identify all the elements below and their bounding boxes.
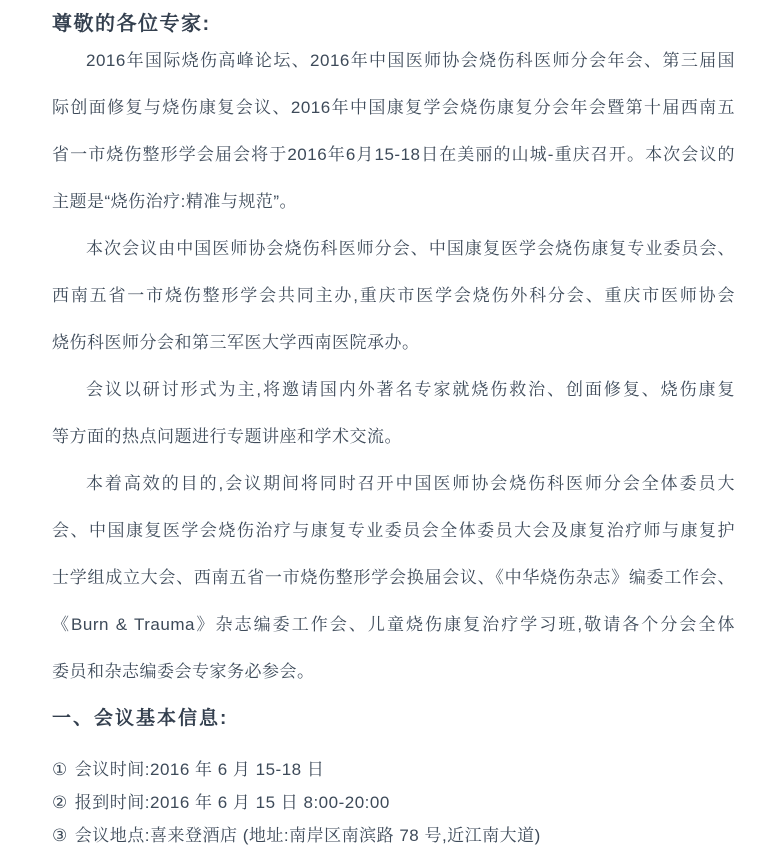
info-label: 会议地点: bbox=[75, 826, 150, 845]
paragraph-line: 2016年国际烧伤高峰论坛、2016年中国医师协会烧伤科医师分会年会、第三届国 bbox=[52, 37, 735, 84]
circled-number-marker: ② bbox=[52, 793, 68, 812]
info-label: 报到时间: bbox=[75, 793, 150, 812]
paragraph-line: 士学组成立大会、西南五省一市烧伤整形学会换届会议、《中华烧伤杂志》编委工作会、 bbox=[52, 554, 735, 601]
info-item: ③会议地点:喜来登酒店 (地址:南岸区南滨路 78 号,近江南大道) bbox=[52, 819, 735, 852]
paragraph: 2016年国际烧伤高峰论坛、2016年中国医师协会烧伤科医师分会年会、第三届国际… bbox=[52, 37, 735, 225]
document-page: 尊敬的各位专家: 2016年国际烧伤高峰论坛、2016年中国医师协会烧伤科医师分… bbox=[0, 0, 783, 864]
paragraph-line: 《Burn & Trauma》杂志编委工作会、儿童烧伤康复治疗学习班,敬请各个分… bbox=[52, 601, 735, 648]
paragraph-line: 际创面修复与烧伤康复会议、2016年中国康复学会烧伤康复分会年会暨第十届西南五 bbox=[52, 84, 735, 131]
paragraph-line: 主题是“烧伤治疗:精准与规范”。 bbox=[52, 178, 735, 225]
info-label: 会议时间: bbox=[75, 760, 150, 779]
paragraph-line: 委员和杂志编委会专家务必参会。 bbox=[52, 648, 735, 695]
paragraph-line: 省一市烧伤整形学会届会将于2016年6月15-18日在美丽的山城-重庆召开。本次… bbox=[52, 131, 735, 178]
info-item: ②报到时间:2016 年 6 月 15 日 8:00-20:00 bbox=[52, 786, 735, 819]
info-value: 2016 年 6 月 15 日 8:00-20:00 bbox=[150, 793, 390, 812]
paragraph-line: 会议以研讨形式为主,将邀请国内外著名专家就烧伤救治、创面修复、烧伤康复 bbox=[52, 366, 735, 413]
paragraph-line: 本着高效的目的,会议期间将同时召开中国医师协会烧伤科医师分会全体委员大 bbox=[52, 460, 735, 507]
paragraph-line: 本次会议由中国医师协会烧伤科医师分会、中国康复医学会烧伤康复专业委员会、 bbox=[52, 225, 735, 272]
circled-number-marker: ③ bbox=[52, 826, 68, 845]
circled-number-marker: ① bbox=[52, 760, 68, 779]
paragraph: 本次会议由中国医师协会烧伤科医师分会、中国康复医学会烧伤康复专业委员会、西南五省… bbox=[52, 225, 735, 366]
paragraph: 会议以研讨形式为主,将邀请国内外著名专家就烧伤救治、创面修复、烧伤康复等方面的热… bbox=[52, 366, 735, 460]
paragraph-line: 会、中国康复医学会烧伤治疗与康复专业委员会全体委员大会及康复治疗师与康复护 bbox=[52, 507, 735, 554]
info-list: ①会议时间:2016 年 6 月 15-18 日②报到时间:2016 年 6 月… bbox=[52, 753, 735, 852]
paragraph-line: 烧伤科医师分会和第三军医大学西南医院承办。 bbox=[52, 319, 735, 366]
info-value: 喜来登酒店 (地址:南岸区南滨路 78 号,近江南大道) bbox=[150, 826, 541, 845]
paragraph-line: 等方面的热点问题进行专题讲座和学术交流。 bbox=[52, 413, 735, 460]
section-heading: 一、会议基本信息: bbox=[52, 695, 735, 742]
document-content: 尊敬的各位专家: 2016年国际烧伤高峰论坛、2016年中国医师协会烧伤科医师分… bbox=[52, 12, 735, 852]
greeting-line: 尊敬的各位专家: bbox=[52, 12, 735, 37]
paragraph: 本着高效的目的,会议期间将同时召开中国医师协会烧伤科医师分会全体委员大会、中国康… bbox=[52, 460, 735, 695]
body-paragraphs: 2016年国际烧伤高峰论坛、2016年中国医师协会烧伤科医师分会年会、第三届国际… bbox=[52, 37, 735, 695]
paragraph-line: 西南五省一市烧伤整形学会共同主办,重庆市医学会烧伤外科分会、重庆市医师协会 bbox=[52, 272, 735, 319]
info-item: ①会议时间:2016 年 6 月 15-18 日 bbox=[52, 753, 735, 786]
info-value: 2016 年 6 月 15-18 日 bbox=[150, 760, 324, 779]
